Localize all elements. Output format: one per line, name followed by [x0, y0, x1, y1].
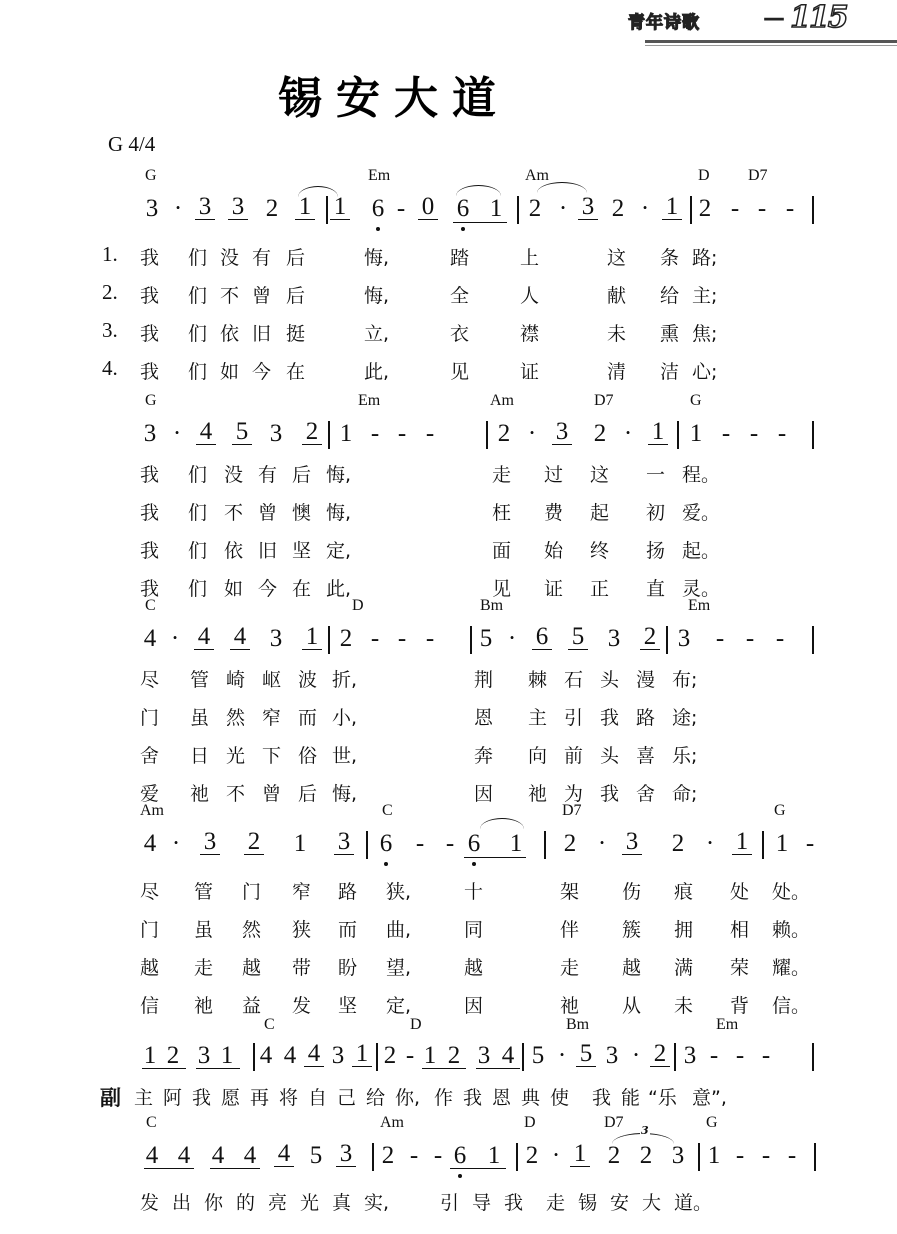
lyric: 曾 — [258, 498, 277, 525]
note: 2 — [336, 625, 356, 653]
barline — [328, 421, 330, 449]
lyric: 引 — [440, 1188, 459, 1215]
chord: D7 — [594, 392, 614, 410]
note: 2 — [163, 1042, 183, 1070]
barline — [812, 421, 814, 449]
lyric: 世, — [332, 741, 357, 768]
lyric: 走 — [194, 953, 213, 980]
note: 4 — [140, 625, 160, 653]
note: 4 — [196, 420, 216, 445]
note: 1 — [302, 625, 322, 650]
note: 3 — [578, 195, 598, 220]
lyric: 日 — [190, 741, 209, 768]
note: 1 — [704, 1142, 724, 1170]
lyric: 典 — [521, 1083, 540, 1110]
lyric: 始 — [544, 536, 563, 563]
note: 3 — [266, 420, 286, 448]
lyric: 悔, — [326, 498, 351, 525]
dash: - — [391, 195, 411, 223]
note: 3 — [668, 1142, 688, 1170]
lyric: 拥 — [674, 915, 693, 942]
note: 1 — [295, 195, 315, 220]
lyric: 祂 — [190, 779, 209, 806]
lyric: 门 — [242, 877, 261, 904]
lyric: 今 — [258, 574, 277, 601]
lyric: 能 — [621, 1083, 640, 1110]
chord: Am — [380, 1114, 404, 1132]
beam — [144, 1168, 194, 1169]
note: 1 — [506, 830, 526, 858]
note: 1 — [486, 195, 506, 223]
song-title: 锡安大道 — [278, 62, 510, 126]
chord: D7 — [748, 167, 768, 185]
lyric: 舍 — [636, 779, 655, 806]
chord: D — [698, 167, 710, 185]
note: 3 — [602, 1042, 622, 1070]
lyric: 我 — [140, 498, 159, 525]
lyric: 石 — [564, 665, 583, 692]
note: 5 — [232, 420, 252, 445]
lyric: 给 — [660, 281, 679, 308]
chord: Em — [368, 167, 390, 185]
note: 3 — [228, 195, 248, 220]
lyric: 证 — [520, 357, 539, 384]
dash: - — [780, 195, 800, 223]
barline — [812, 1043, 814, 1071]
lyric: 们 — [188, 574, 207, 601]
lyric: 越 — [622, 953, 641, 980]
note: 3 — [195, 195, 215, 220]
note: 2 — [302, 420, 322, 445]
note: 4 — [208, 1142, 228, 1170]
lyric: 前 — [564, 741, 583, 768]
lyric: 枉 — [492, 498, 511, 525]
lyric: 正 — [590, 574, 609, 601]
lyric: 我 — [140, 536, 159, 563]
barline — [698, 1143, 700, 1171]
chord: Em — [358, 392, 380, 410]
chord: G — [690, 392, 702, 410]
lyric: 未 — [674, 991, 693, 1018]
note: 2 — [590, 420, 610, 448]
lyric: 带 — [292, 953, 311, 980]
lyric: 我 — [140, 357, 159, 384]
lyric: 越 — [140, 953, 159, 980]
lyric: 旧 — [252, 319, 271, 346]
lyric: 后 — [292, 460, 311, 487]
lyric: 我 — [600, 779, 619, 806]
note: 6 — [368, 195, 388, 223]
dot: · — [700, 830, 720, 858]
lyric: 面 — [492, 536, 511, 563]
dash: - — [428, 1142, 448, 1170]
note: 6 — [450, 1142, 470, 1170]
lyric: 没 — [224, 460, 243, 487]
lyric: 依 — [220, 319, 239, 346]
lyric: 们 — [188, 460, 207, 487]
dash: - — [704, 1042, 724, 1070]
lyric: 道。 — [674, 1188, 712, 1215]
lyric: 门 — [140, 703, 159, 730]
lyric: 发 — [292, 991, 311, 1018]
lyric: 后 — [286, 243, 305, 270]
dot: · — [546, 1142, 566, 1170]
dash: - — [725, 195, 745, 223]
lyric: 管 — [194, 877, 213, 904]
lyric: 我 — [463, 1083, 482, 1110]
barline — [517, 196, 519, 224]
lyric: 献 — [607, 281, 626, 308]
lyric: 使 — [550, 1083, 569, 1110]
beam — [453, 222, 507, 223]
lyric: 同 — [464, 915, 483, 942]
lyric: 我 — [140, 319, 159, 346]
lyric: 信 — [140, 991, 159, 1018]
note: 3 — [604, 625, 624, 653]
chord: C — [145, 597, 156, 615]
lyric: 没 — [220, 243, 239, 270]
note: 4 — [240, 1142, 260, 1170]
lyric: 锡 — [578, 1188, 597, 1215]
lyric: 光 — [226, 741, 245, 768]
header-rule-thin — [645, 45, 897, 46]
chord: C — [146, 1114, 157, 1132]
dot: · — [635, 195, 655, 223]
lyric: 信。 — [772, 991, 810, 1018]
dash: - — [752, 195, 772, 223]
lyric: 起。 — [682, 536, 720, 563]
lyric: 们 — [188, 243, 207, 270]
lyric: 小, — [332, 703, 357, 730]
lyric: 挺 — [286, 319, 305, 346]
lyric: 们 — [188, 319, 207, 346]
header-dash: — — [763, 6, 785, 31]
lyric: 痕 — [674, 877, 693, 904]
note: 2 — [668, 830, 688, 858]
lyric: 祂 — [194, 991, 213, 1018]
lyric: 途; — [672, 703, 697, 730]
dash: - — [365, 625, 385, 653]
note: 5 — [576, 1042, 596, 1067]
chord: G — [145, 167, 157, 185]
lyric: 定, — [386, 991, 411, 1018]
lyric: 不 — [224, 498, 243, 525]
barline — [690, 196, 692, 224]
lyric: 背 — [730, 991, 749, 1018]
verse-number: 4. — [102, 356, 118, 381]
note: 1 — [772, 830, 792, 858]
lyric: 恩 — [474, 703, 493, 730]
lyric: 我 — [504, 1188, 523, 1215]
chord: D — [524, 1114, 536, 1132]
lyric: 虽 — [190, 703, 209, 730]
tie — [298, 186, 338, 197]
lyric: 尽 — [140, 665, 159, 692]
lyric: 曾 — [262, 779, 281, 806]
chord: Am — [140, 802, 164, 820]
note: 3 — [140, 420, 160, 448]
lyric: 命; — [672, 779, 697, 806]
chord: Em — [716, 1016, 738, 1034]
beam — [196, 1068, 240, 1069]
note: 4 — [256, 1042, 276, 1070]
note: 1 — [686, 420, 706, 448]
dash: - — [800, 830, 820, 858]
note: 2 — [444, 1042, 464, 1070]
lyric: 门 — [140, 915, 159, 942]
note: 2 — [604, 1142, 624, 1170]
note: 3 — [622, 830, 642, 855]
lyric: 悔, — [364, 243, 389, 270]
lyric: 终 — [590, 536, 609, 563]
lyric: 益 — [242, 991, 261, 1018]
lyric: 我 — [600, 703, 619, 730]
note: 4 — [304, 1042, 324, 1067]
note: 4 — [142, 1142, 162, 1170]
lyric: 盼 — [338, 953, 357, 980]
note: 2 — [262, 195, 282, 223]
lyric: 管 — [190, 665, 209, 692]
dot: · — [553, 195, 573, 223]
lyric: 从 — [622, 991, 641, 1018]
dash: - — [744, 420, 764, 448]
low-octave-dot — [376, 227, 380, 231]
lyric: 定, — [326, 536, 351, 563]
lyric: 头 — [600, 741, 619, 768]
lyric: 安 — [610, 1188, 629, 1215]
note: 3 — [334, 830, 354, 855]
lyric: 越 — [464, 953, 483, 980]
lyric: 程。 — [682, 460, 720, 487]
lyric: 悔, — [332, 779, 357, 806]
lyric: 己 — [337, 1083, 356, 1110]
note: 2 — [525, 195, 545, 223]
barline — [812, 196, 814, 224]
barline — [326, 196, 328, 224]
note: 6 — [464, 830, 484, 858]
lyric: 处 — [730, 877, 749, 904]
lyric: 折, — [332, 665, 357, 692]
note: 1 — [484, 1142, 504, 1170]
tie — [456, 185, 501, 196]
lyric: 我 — [592, 1083, 611, 1110]
lyric: 们 — [188, 357, 207, 384]
chord: G — [706, 1114, 718, 1132]
note: 5 — [528, 1042, 548, 1070]
beam — [476, 1068, 520, 1069]
lyric: 光 — [300, 1188, 319, 1215]
lyric: 越 — [242, 953, 261, 980]
lyric: 证 — [544, 574, 563, 601]
lyric: 心; — [692, 357, 717, 384]
lyric: 波 — [298, 665, 317, 692]
barline — [470, 626, 472, 654]
lyric: 狭 — [292, 915, 311, 942]
lyric: 窄 — [292, 877, 311, 904]
beam — [422, 1068, 466, 1069]
beam — [450, 1168, 506, 1169]
lyric: 依 — [224, 536, 243, 563]
lyric: 们 — [188, 536, 207, 563]
lyric: 伴 — [560, 915, 579, 942]
chord: D — [352, 597, 364, 615]
lyric: 在 — [286, 357, 305, 384]
lyric: 舍 — [140, 741, 159, 768]
note: 2 — [650, 1042, 670, 1067]
lyric: 你 — [204, 1188, 223, 1215]
note: 5 — [306, 1142, 326, 1170]
chord: Am — [490, 392, 514, 410]
note: 6 — [532, 625, 552, 650]
lyric: 赖。 — [772, 915, 810, 942]
low-octave-dot — [472, 862, 476, 866]
lyric: 曾 — [252, 281, 271, 308]
lyric: 头 — [600, 665, 619, 692]
lyric: 上 — [520, 243, 539, 270]
note: 3 — [266, 625, 286, 653]
note: 1 — [336, 420, 356, 448]
barline — [814, 1143, 816, 1171]
note: 3 — [336, 1142, 356, 1167]
beam — [142, 1068, 186, 1069]
barline — [516, 1143, 518, 1171]
beam — [464, 857, 526, 858]
lyric: 将 — [279, 1083, 298, 1110]
lyric: 初 — [646, 498, 665, 525]
lyric: 未 — [607, 319, 626, 346]
lyric: 立, — [364, 319, 389, 346]
lyric: 向 — [528, 741, 547, 768]
lyric: 衣 — [450, 319, 469, 346]
note: 5 — [568, 625, 588, 650]
dot: · — [522, 420, 542, 448]
note: 3 — [552, 420, 572, 445]
note: 2 — [560, 830, 580, 858]
lyric: 出 — [172, 1188, 191, 1215]
lyric: 我 — [192, 1083, 211, 1110]
lyric: 亮 — [268, 1188, 287, 1215]
key-signature: G 4/4 — [108, 132, 155, 157]
dash: - — [365, 420, 385, 448]
chorus-label: 副 — [100, 1082, 121, 1112]
lyric: 熏 — [660, 319, 679, 346]
verse-number: 2. — [102, 280, 118, 305]
note: 1 — [290, 830, 310, 858]
beam — [210, 1168, 260, 1169]
dash: - — [756, 1042, 776, 1070]
lyric: 簇 — [622, 915, 641, 942]
note: 1 — [420, 1042, 440, 1070]
lyric: 洁 — [660, 357, 679, 384]
lyric: 这 — [607, 243, 626, 270]
dash: - — [404, 1142, 424, 1170]
dash: - — [710, 625, 730, 653]
chord: C — [264, 1016, 275, 1034]
lyric: 走 — [546, 1188, 565, 1215]
barline — [812, 626, 814, 654]
dot: · — [168, 195, 188, 223]
chord: Am — [525, 167, 549, 185]
dash: - — [400, 1042, 420, 1070]
barline — [328, 626, 330, 654]
note: 0 — [418, 195, 438, 220]
note: 1 — [648, 420, 668, 445]
chord: Bm — [480, 597, 503, 615]
lyric: 俗 — [298, 741, 317, 768]
lyric: 伤 — [622, 877, 641, 904]
lyric: 给 — [366, 1083, 385, 1110]
lyric: 我 — [140, 281, 159, 308]
note: 2 — [640, 625, 660, 650]
lyric: 而 — [338, 915, 357, 942]
lyric: 此, — [326, 574, 351, 601]
lyric: 条 — [660, 243, 679, 270]
note: 2 — [522, 1142, 542, 1170]
lyric: “乐 — [648, 1083, 677, 1110]
dot: · — [167, 420, 187, 448]
note: 1 — [662, 195, 682, 220]
dot: · — [165, 625, 185, 653]
lyric: 祂 — [560, 991, 579, 1018]
lyric: 发 — [140, 1188, 159, 1215]
dot: · — [592, 830, 612, 858]
lyric: 虽 — [194, 915, 213, 942]
note: 1 — [140, 1042, 160, 1070]
lyric: 导 — [472, 1188, 491, 1215]
note: 4 — [280, 1042, 300, 1070]
lyric: 后 — [286, 281, 305, 308]
lyric: 你, — [395, 1083, 420, 1110]
lyric: 路 — [636, 703, 655, 730]
barline — [372, 1143, 374, 1171]
note: 4 — [140, 830, 160, 858]
barline — [544, 831, 546, 859]
lyric: 路 — [338, 877, 357, 904]
barline — [674, 1043, 676, 1071]
dot: · — [626, 1042, 646, 1070]
dot: · — [166, 830, 186, 858]
lyric: 崎 — [226, 665, 245, 692]
dash: - — [716, 420, 736, 448]
lyric: 满 — [674, 953, 693, 980]
note: 2 — [695, 195, 715, 223]
dot: · — [552, 1042, 572, 1070]
lyric: 路; — [692, 243, 717, 270]
note: 3 — [142, 195, 162, 223]
lyric: 窄 — [262, 703, 281, 730]
lyric: 乐; — [672, 741, 697, 768]
lyric: 耀。 — [772, 953, 810, 980]
lyric: 主; — [692, 281, 717, 308]
lyric: 在 — [292, 574, 311, 601]
note: 2 — [494, 420, 514, 448]
chord: D — [410, 1016, 422, 1034]
note: 3 — [680, 1042, 700, 1070]
dash: - — [756, 1142, 776, 1170]
lyric: 不 — [226, 779, 245, 806]
lyric: 爱。 — [682, 498, 720, 525]
dash: - — [392, 625, 412, 653]
lyric: 大 — [642, 1188, 661, 1215]
dot: · — [618, 420, 638, 448]
dash: - — [440, 830, 460, 858]
note: 4 — [174, 1142, 194, 1170]
lyric: 这 — [590, 460, 609, 487]
lyric: 作 — [434, 1083, 453, 1110]
lyric: 相 — [730, 915, 749, 942]
chord: D7 — [562, 802, 582, 820]
dash: - — [392, 420, 412, 448]
